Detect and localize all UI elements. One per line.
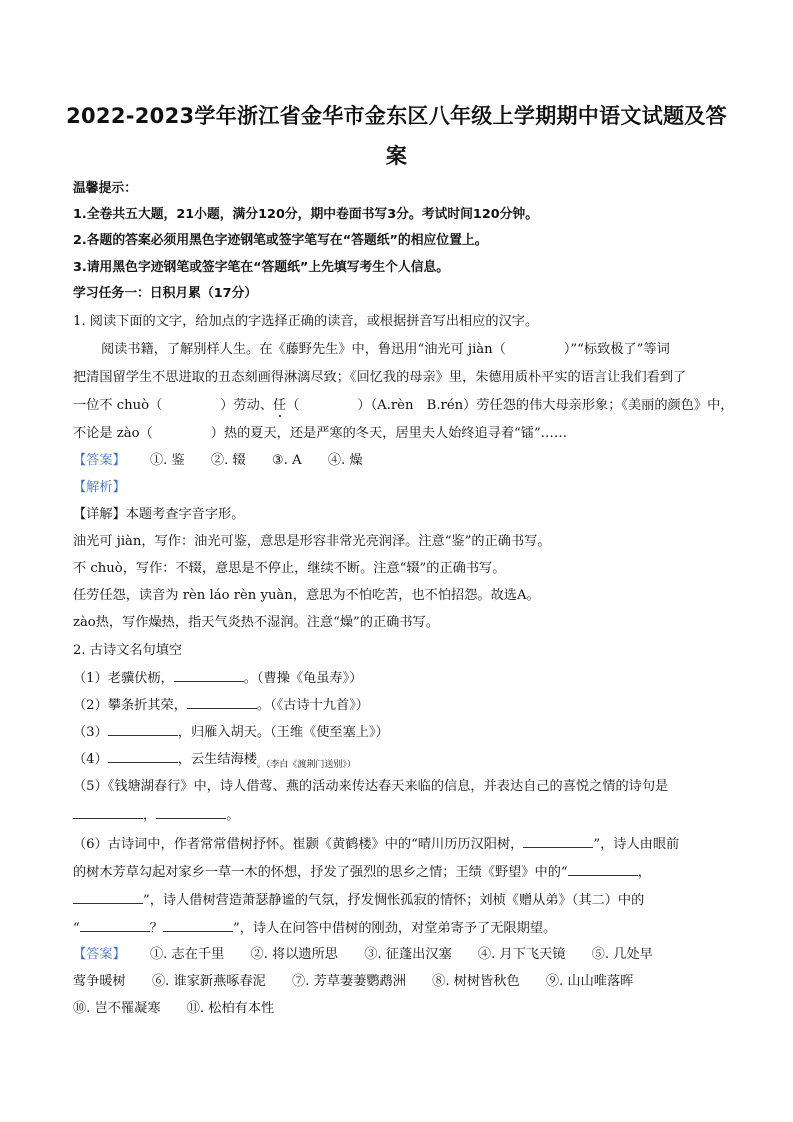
tip-item-1: 1.全卷共五大题，21小题，满分120分，期中卷面书写3分。考试时间120分钟。 (73, 206, 733, 224)
tip-item-3: 3.请用黑色字迹钢笔或签字笔在“答题纸”上先填写考生个人信息。 (73, 259, 733, 277)
answer-item: ②. 辍 (211, 452, 246, 470)
answer-item: ④. 燥 (328, 452, 363, 470)
item-text: （3） (73, 725, 108, 740)
fill-blank (156, 806, 226, 819)
fill-blank (163, 919, 233, 932)
q2-item-3: （3），归雁入胡天。（王维《使至塞上》） (73, 723, 733, 742)
answer-item: ③. A (272, 452, 302, 470)
q1-passage-line1: 阅读书籍，了解别样人生。在《藤野先生》中，鲁迅用“油光可 jiàn（）”“标致极… (101, 341, 761, 359)
item-text: “ (73, 921, 80, 936)
answer-tag: 【答案】 (73, 453, 126, 468)
q2-item-6-line2: 的树木芳草勾起对家乡一草一木的怀想，抒发了强烈的思乡之情；王绩《野望》中的“， (73, 863, 733, 882)
fill-blank (108, 750, 178, 763)
item-text: ， (638, 865, 651, 880)
q1-passage-line2: 把清国留学生不思进取的丑态刻画得淋漓尽致；《回忆我的母亲》里，朱德用质朴平实的语… (73, 369, 733, 387)
item-text: 。 (226, 808, 239, 823)
detail-line-2: 油光可 jiàn，写作：油光可鉴，意思是形容非常光亮润泽。注意“鉴”的正确书写。 (73, 533, 733, 551)
q2-item-1: （1）老骥伏枥，。（曹操《龟虽寿》） (73, 669, 733, 688)
passage-text: ）（A.rèn B.rén）劳任怨的伟大母亲形象；《美丽的颜色》中， (357, 398, 733, 413)
q1-answer-line: 【答案】 ①. 鉴 ②. 辍 ③. A ④. 燥 (73, 452, 733, 470)
q2-answer-line3: ⑩. 岂不罹凝寒 ⑪. 松柏有本性 (73, 1000, 733, 1018)
answer-item: ③. 征蓬出汉塞 (364, 946, 452, 964)
detail-line-5: zào热，写作燥热，指天气炎热不湿润。注意“燥”的正确书写。 (73, 614, 733, 632)
answer-item: ⑦. 芳草萋萋鹦鹉洲 (292, 973, 406, 991)
answer-item: 莺争暖树 (73, 973, 126, 991)
fill-blank (568, 863, 638, 876)
answer-item: ⑧. 树树皆秋色 (432, 973, 520, 991)
item-text: ？ (150, 921, 163, 936)
q2-stem: 2. 古诗文名句填空 (73, 642, 733, 660)
dotted-character: 任 (273, 398, 286, 413)
q1-passage-line4: 不论是 zào（）热的夏天，还是严寒的冬天，居里夫人始终追寻着“镭”…… (73, 425, 733, 443)
item-text: ”，诗人在问答中借树的刚劲，对堂弟寄予了无限期望。 (233, 921, 556, 936)
q1-stem: 1. 阅读下面的文字，给加点的字选择正确的读音，或根据拼音写出相应的汉字。 (73, 313, 733, 331)
passage-text: 一位不 chuò（ (73, 398, 162, 413)
passage-text: （ (286, 398, 299, 413)
answer-item: ⑤. 几处早 (592, 947, 653, 962)
passage-text: ）”“标致极了”等词 (564, 342, 670, 357)
tips-heading: 温馨提示： (73, 180, 733, 198)
q2-item-6-line1: （6）古诗词中，作者常常借树抒怀。崔颢《黄鹤楼》中的“晴川历历汉阳树，”，诗人由… (73, 835, 733, 854)
passage-text: 不论是 zào（ (73, 426, 153, 441)
detail-line-1: 【详解】本题考查字音字形。 (73, 506, 733, 524)
item-text: ”，诗人借树营造萧瑟静谧的气氛，抒发惆怅孤寂的情怀；刘桢《赠从弟》（其二）中的 (143, 893, 644, 908)
q2-item-5: （5）《钱塘湖春行》中，诗人借莺、燕的活动来传达春天来临的信息，并表达自己的喜悦… (73, 778, 733, 796)
item-text: ，归雁入胡天。（王维《使至塞上》） (178, 725, 389, 740)
passage-text: ）劳动、 (220, 398, 273, 413)
item-text: （4） (73, 752, 108, 767)
item-text: ”，诗人由眼前 (593, 837, 679, 852)
item-text: ， (143, 808, 156, 823)
q1-passage-line3: 一位不 chuò（）劳动、任（）（A.rèn B.rén）劳任怨的伟大母亲形象；… (73, 397, 733, 415)
q2-answer-line2: 莺争暖树 ⑥. 谁家新燕啄春泥 ⑦. 芳草萋萋鹦鹉洲 ⑧. 树树皆秋色 ⑨. 山… (73, 973, 733, 991)
answer-item: ⑪. 松柏有本性 (187, 1000, 275, 1018)
answer-item: ⑩. 岂不罹凝寒 (73, 1000, 161, 1018)
passage-text: ）热的夏天，还是严寒的冬天，居里夫人始终追寻着“镭”…… (211, 426, 567, 441)
detail-line-3: 不 chuò，写作：不辍，意思是不停止，继续不断。注意“辍”的正确书写。 (73, 560, 733, 578)
answer-item: ①. 志在千里 (150, 946, 224, 964)
fill-blank (108, 723, 178, 736)
task1-heading: 学习任务一：日积月累（17分） (73, 285, 733, 303)
q2-item-4: （4），云生结海楼。（李白《渡荆门送别》） (73, 750, 733, 774)
fill-blank (73, 806, 143, 819)
answer-item: ④. 月下飞天镜 (478, 946, 566, 964)
answer-item: ⑨. 山山唯落晖 (546, 974, 634, 989)
fill-blank (73, 891, 143, 904)
q2-answer-line1: 【答案】 ①. 志在千里 ②. 将以遗所思 ③. 征蓬出汉塞 ④. 月下飞天镜 … (73, 946, 733, 964)
item-text: （6）古诗词中，作者常常借树抒怀。崔颢《黄鹤楼》中的“晴川历历汉阳树， (73, 837, 523, 852)
detail-line-4: 任劳任怨，读音为 rèn láo rèn yuàn，意思为不怕吃苦，也不怕招怨。… (73, 587, 733, 605)
q2-item-6-line3: ”，诗人借树营造萧瑟静谧的气氛，抒发惆怅孤寂的情怀；刘桢《赠从弟》（其二）中的 (73, 891, 733, 910)
answer-item: ⑥. 谁家新燕啄春泥 (152, 973, 266, 991)
document-page: 2022-2023学年浙江省金华市金东区八年级上学期期中语文试题及答 案 温馨提… (0, 0, 793, 1122)
answer-item: ①. 鉴 (150, 452, 185, 470)
item-text: 。（曹操《龟虽寿》） (244, 671, 363, 686)
tip-item-2: 2.各题的答案必须用黑色字迹钢笔或签字笔写在“答题纸”的相应位置上。 (73, 232, 733, 250)
answer-item: ②. 将以遗所思 (250, 946, 338, 964)
fill-blank (174, 669, 244, 682)
item-text: 。（李白《渡荆门送别》） (257, 760, 356, 770)
item-text: 的树木芳草勾起对家乡一草一木的怀想，抒发了强烈的思乡之情；王绩《野望》中的“ (73, 865, 568, 880)
q2-item-6-line4: “？”，诗人在问答中借树的刚劲，对堂弟寄予了无限期望。 (73, 919, 733, 938)
fill-blank (187, 696, 257, 709)
passage-text: 阅读书籍，了解别样人生。在《藤野先生》中，鲁迅用“油光可 jiàn（ (101, 342, 506, 357)
fill-blank (523, 835, 593, 848)
item-text: ，云生结海楼 (178, 752, 257, 767)
document-title-line2: 案 (60, 140, 733, 170)
item-text: （2）攀条折其荣， (73, 698, 187, 713)
answer-tag: 【答案】 (73, 947, 126, 962)
item-text: 。（《古诗十九首》） (257, 698, 369, 713)
item-text: （1）老骥伏枥， (73, 671, 174, 686)
fill-blank (80, 919, 150, 932)
q2-item-2: （2）攀条折其荣，。（《古诗十九首》） (73, 696, 733, 715)
document-title-line1: 2022-2023学年浙江省金华市金东区八年级上学期期中语文试题及答 (60, 100, 733, 130)
analysis-tag: 【解析】 (73, 479, 733, 497)
q2-item-5-blanks: ，。 (73, 806, 733, 825)
